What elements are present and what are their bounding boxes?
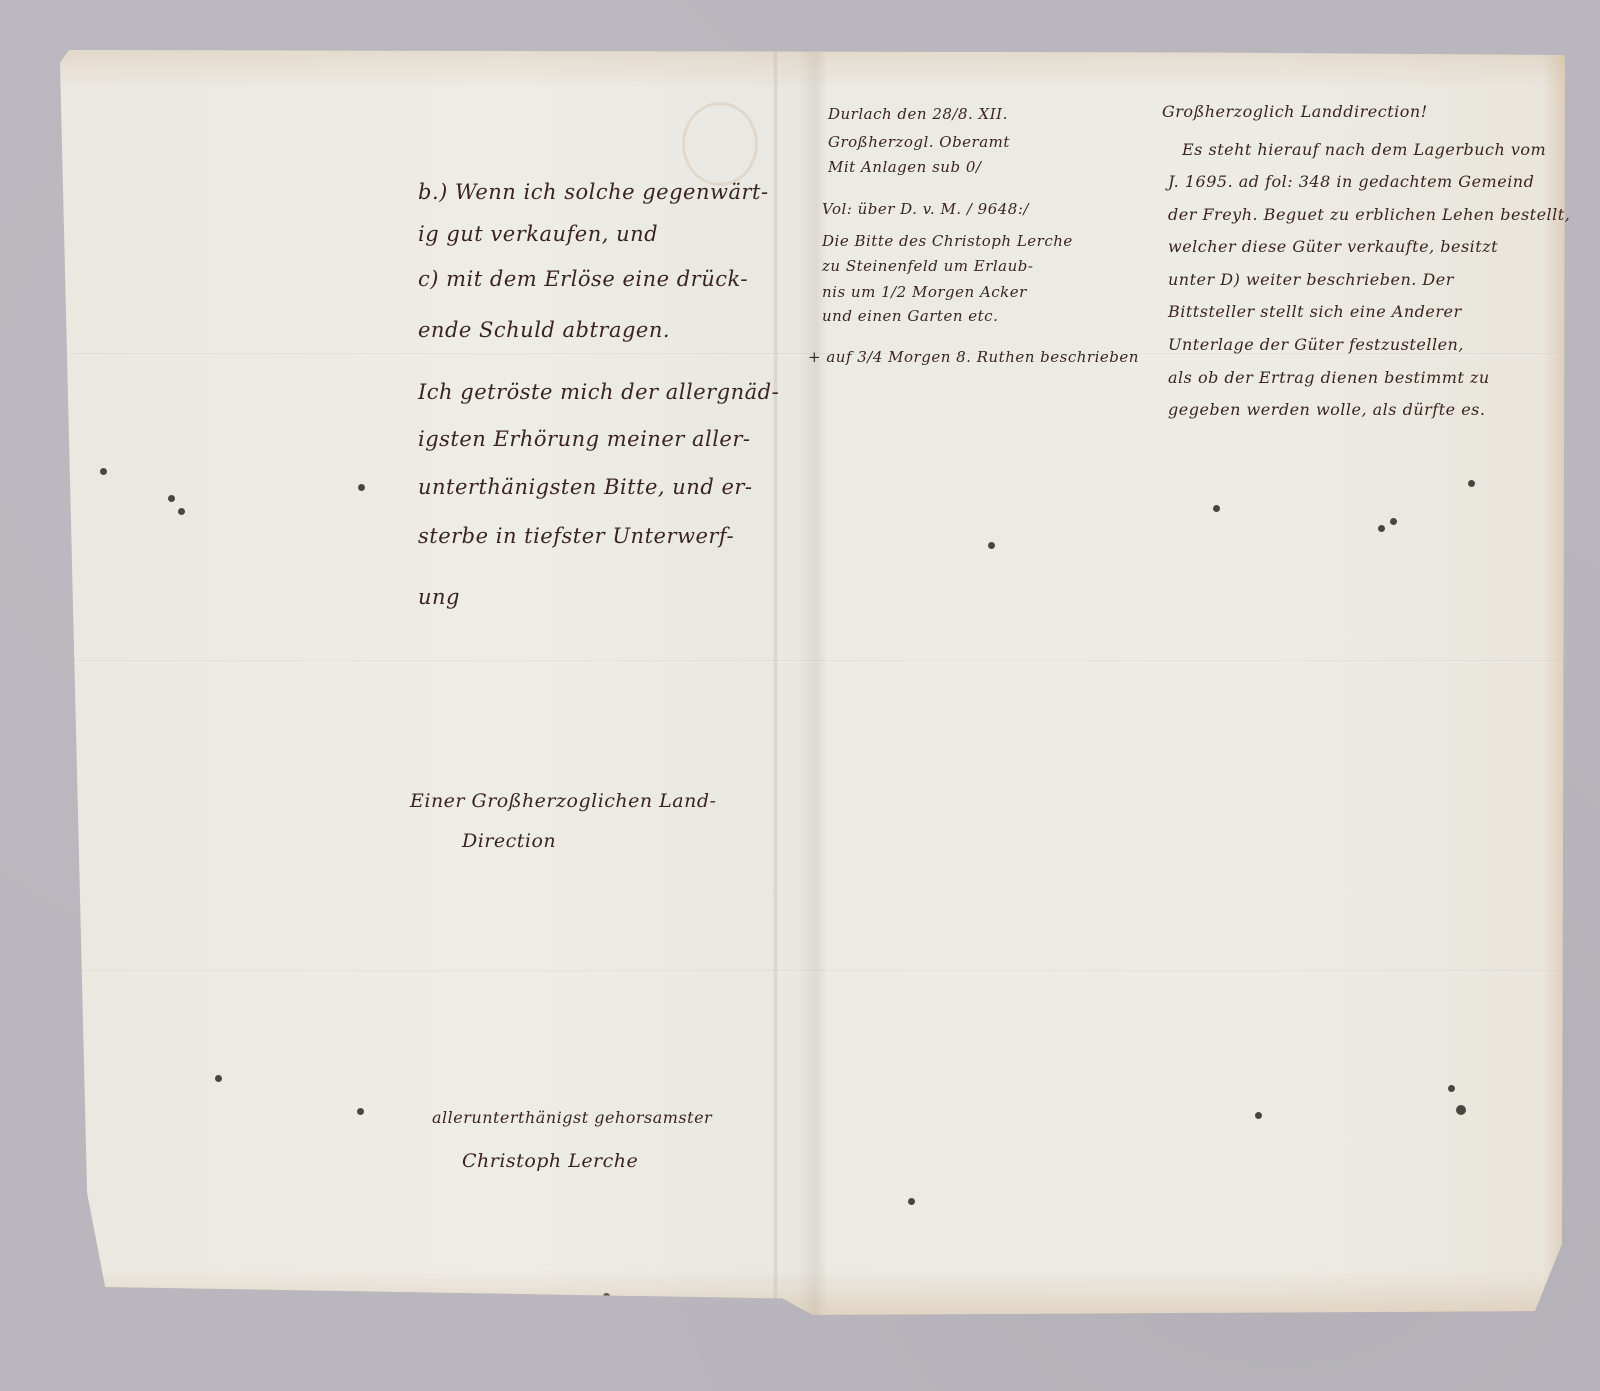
- pin-hole: [357, 1108, 364, 1115]
- pin-hole: [1213, 505, 1220, 512]
- text-line: Großherzoglich Landdirection!: [1162, 102, 1428, 121]
- text-line: unterthänigsten Bitte, und er-: [418, 475, 753, 499]
- text-line: Mit Anlagen sub 0/: [828, 158, 981, 176]
- pin-hole: [100, 468, 107, 475]
- addressee-line: Direction: [462, 830, 556, 852]
- text-line: sterbe in tiefster Unterwerf-: [418, 524, 734, 548]
- horizontal-fold: [60, 660, 1565, 663]
- text-line: b.) Wenn ich solche gegenwärt-: [418, 180, 769, 204]
- text-line: Durlach den 28/8. XII.: [828, 105, 1008, 123]
- text-line: Ich getröste mich der allergnäd-: [418, 380, 779, 404]
- text-line: Großherzogl. Oberamt: [828, 133, 1010, 151]
- pin-hole: [358, 484, 365, 491]
- text-line: + auf 3/4 Morgen 8. Ruthen beschrieben: [808, 348, 1139, 366]
- pin-hole: [1448, 1085, 1455, 1092]
- pin-hole: [1390, 518, 1397, 525]
- text-line: nis um 1/2 Morgen Acker: [822, 283, 1027, 301]
- pin-hole: [215, 1075, 222, 1082]
- pin-hole: [983, 1327, 990, 1334]
- circular-stain: [682, 102, 758, 186]
- text-line: und einen Garten etc.: [822, 307, 998, 325]
- text-line: ig gut verkaufen, und: [418, 222, 658, 246]
- pin-hole: [603, 1293, 610, 1300]
- text-line: J. 1695. ad fol: 348 in gedachtem Gemein…: [1168, 172, 1534, 191]
- closing-line: allerunterthänigst gehorsamster: [432, 1108, 712, 1127]
- addressee-line: Einer Großherzoglichen Land-: [410, 790, 716, 812]
- pin-hole: [988, 542, 995, 549]
- text-line: Unterlage der Güter festzustellen,: [1168, 335, 1464, 354]
- pin-hole: [628, 1342, 635, 1349]
- text-line: welcher diese Güter verkaufte, besitzt: [1168, 237, 1498, 256]
- text-line: Vol: über D. v. M. / 9648:/: [822, 200, 1029, 218]
- text-line: ende Schuld abtragen.: [418, 318, 670, 342]
- text-line: Bittsteller stellt sich eine Anderer: [1168, 302, 1462, 321]
- text-line: c) mit dem Erlöse eine drück-: [418, 267, 748, 291]
- pin-hole: [1255, 1112, 1262, 1119]
- pin-hole: [908, 1198, 915, 1205]
- text-line: gegeben werden wolle, als dürfte es.: [1168, 400, 1485, 419]
- text-line: ung: [418, 585, 460, 609]
- pin-hole: [1468, 480, 1475, 487]
- pin-hole: [168, 495, 175, 502]
- signature: Christoph Lerche: [462, 1150, 638, 1172]
- text-line: Es steht hierauf nach dem Lagerbuch vom: [1182, 140, 1546, 159]
- text-line: unter D) weiter beschrieben. Der: [1168, 270, 1454, 289]
- pin-hole: [178, 508, 185, 515]
- center-fold: [773, 50, 779, 1320]
- text-line: igsten Erhörung meiner aller-: [418, 427, 750, 451]
- text-line: zu Steinenfeld um Erlaub-: [822, 257, 1033, 275]
- pin-hole: [1378, 525, 1385, 532]
- horizontal-fold: [60, 970, 1565, 973]
- text-line: als ob der Ertrag dienen bestimmt zu: [1168, 368, 1490, 387]
- text-line: der Freyh. Beguet zu erblichen Lehen bes…: [1168, 205, 1570, 224]
- text-line: Die Bitte des Christoph Lerche: [822, 232, 1073, 250]
- pin-hole: [1456, 1105, 1466, 1115]
